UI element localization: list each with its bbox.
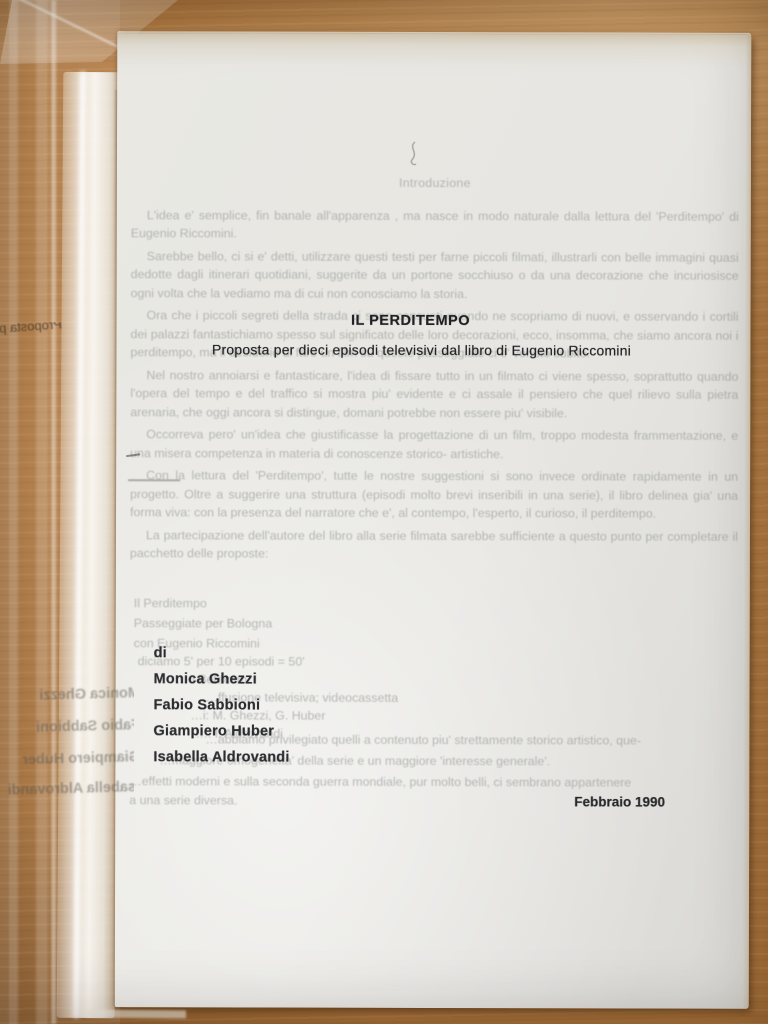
mirrored-text: Proposta p <box>0 322 62 343</box>
showthrough-list-item: Passeggiate per Bologna <box>134 616 273 630</box>
page-title: IL PERDITEMPO <box>94 312 728 330</box>
showthrough-paragraph: Sarebbe bello, ci si e' detti, utilizzar… <box>131 247 739 304</box>
showthrough-closing-line: …effetti moderni e sulla seconda guerra … <box>129 774 631 789</box>
mirrored-subtitle-fragment: Proposta p <box>0 322 62 352</box>
page-subtitle: Proposta per dieci episodi televisivi da… <box>104 341 738 359</box>
mirrored-text: Monica Ghezzi <box>0 685 134 707</box>
document-page: Introduzione L'idea e' semplice, fin ban… <box>115 33 752 1009</box>
showthrough-list-item: con Eugenio Riccomini <box>134 636 260 650</box>
sleeve-spine-band <box>57 72 122 1018</box>
showthrough-paragraph: Nel nostro annoiarsi e fantasticare, l'i… <box>130 366 738 423</box>
author-name: Fabio Sabbioni <box>153 697 260 713</box>
author-name: Isabella Aldrovandi <box>153 749 289 765</box>
showthrough-heading: Introduzione <box>131 173 739 193</box>
mirrored-text: Giampiero Huber <box>0 749 134 771</box>
bottom-page-edge <box>86 1010 186 1019</box>
mirrored-text: Fabio Sabbioni <box>0 717 134 739</box>
showthrough-closing-line: a una serie diversa. <box>129 793 237 807</box>
photo-of-document: Introduzione L'idea e' semplice, fin ban… <box>0 0 768 1024</box>
showthrough-text-block: Introduzione L'idea e' semplice, fin ban… <box>130 173 739 568</box>
showthrough-paragraph: L'idea e' semplice, fin banale all'appar… <box>131 206 739 245</box>
showthrough-paragraph: Occorreva pero' un'idea che giustificass… <box>130 425 738 464</box>
plastic-sleeve-glare <box>50 0 57 1024</box>
showthrough-list-item: Il Perditempo <box>134 596 207 610</box>
byline: di <box>154 645 167 661</box>
showthrough-paragraph: Con la lettura del 'Perditempo', tutte l… <box>130 466 738 523</box>
mirrored-text: Isabella Aldrovandi <box>0 779 134 801</box>
author-name: Monica Ghezzi <box>154 671 257 687</box>
mirrored-author-names: Monica Ghezzi Fabio Sabbioni Giampiero H… <box>0 672 134 824</box>
pen-underline-mark <box>128 479 180 481</box>
showthrough-paragraph: La partecipazione dell'autore del libro … <box>130 526 738 565</box>
date: Febbraio 1990 <box>574 794 665 809</box>
pen-squiggle-mark <box>405 140 421 168</box>
author-name: Giampiero Huber <box>153 723 274 739</box>
